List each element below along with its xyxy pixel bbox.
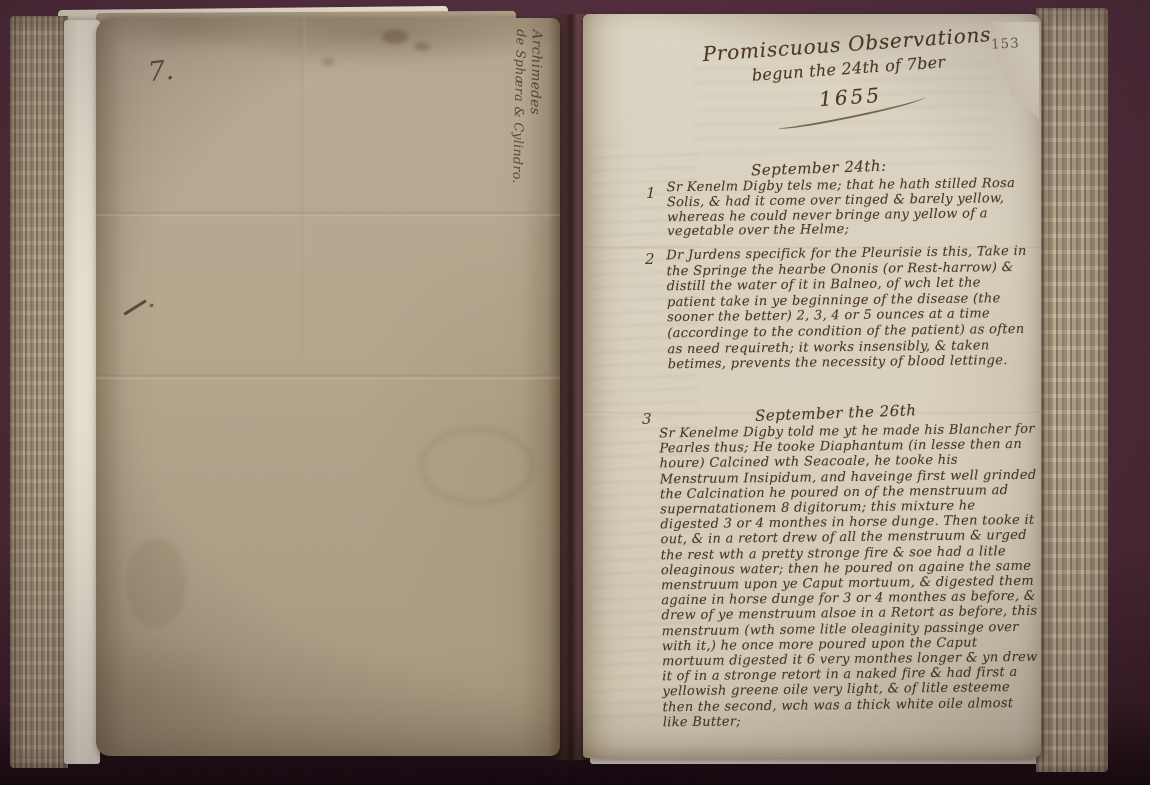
pen-mark: [123, 299, 146, 315]
entry-number: 3: [642, 410, 652, 428]
ring-stain: [418, 426, 536, 506]
vertical-margin-note: Archimedes de Sphæra & Cylindro.: [508, 29, 545, 212]
fold-crease: [96, 375, 560, 379]
entry-number: 2: [645, 250, 655, 268]
page-edges-right: [1036, 8, 1108, 772]
ink-smudge: [382, 30, 408, 44]
left-page: 7. Archimedes de Sphæra & Cylindro.: [96, 18, 560, 756]
ink-smudge: [322, 58, 334, 66]
ink-smudge: [414, 42, 430, 51]
entry-text: Sr Kenelme Digby told me yt he made his …: [659, 422, 1041, 731]
manuscript-photo: 7. Archimedes de Sphæra & Cylindro. 153 …: [0, 0, 1150, 785]
entry-text: Dr Jurdens specifick for the Pleurisie i…: [666, 244, 1033, 373]
fold-crease: [96, 212, 560, 216]
entry-number: 1: [646, 184, 656, 202]
section-heading-september-24: September 24th:: [751, 157, 887, 180]
underlying-white-sheet: [64, 20, 100, 764]
entry-text: Sr Kenelm Digby tels me; that he hath st…: [667, 177, 1030, 241]
right-page: 153 Promiscuous Observations begun the 2…: [583, 14, 1041, 758]
page-edges-left: [10, 16, 68, 768]
stain: [126, 538, 186, 628]
folio-number: 7.: [146, 55, 175, 89]
fold-crease-vertical: [302, 18, 305, 357]
section-heading-september-26: September the 26th: [755, 401, 917, 425]
